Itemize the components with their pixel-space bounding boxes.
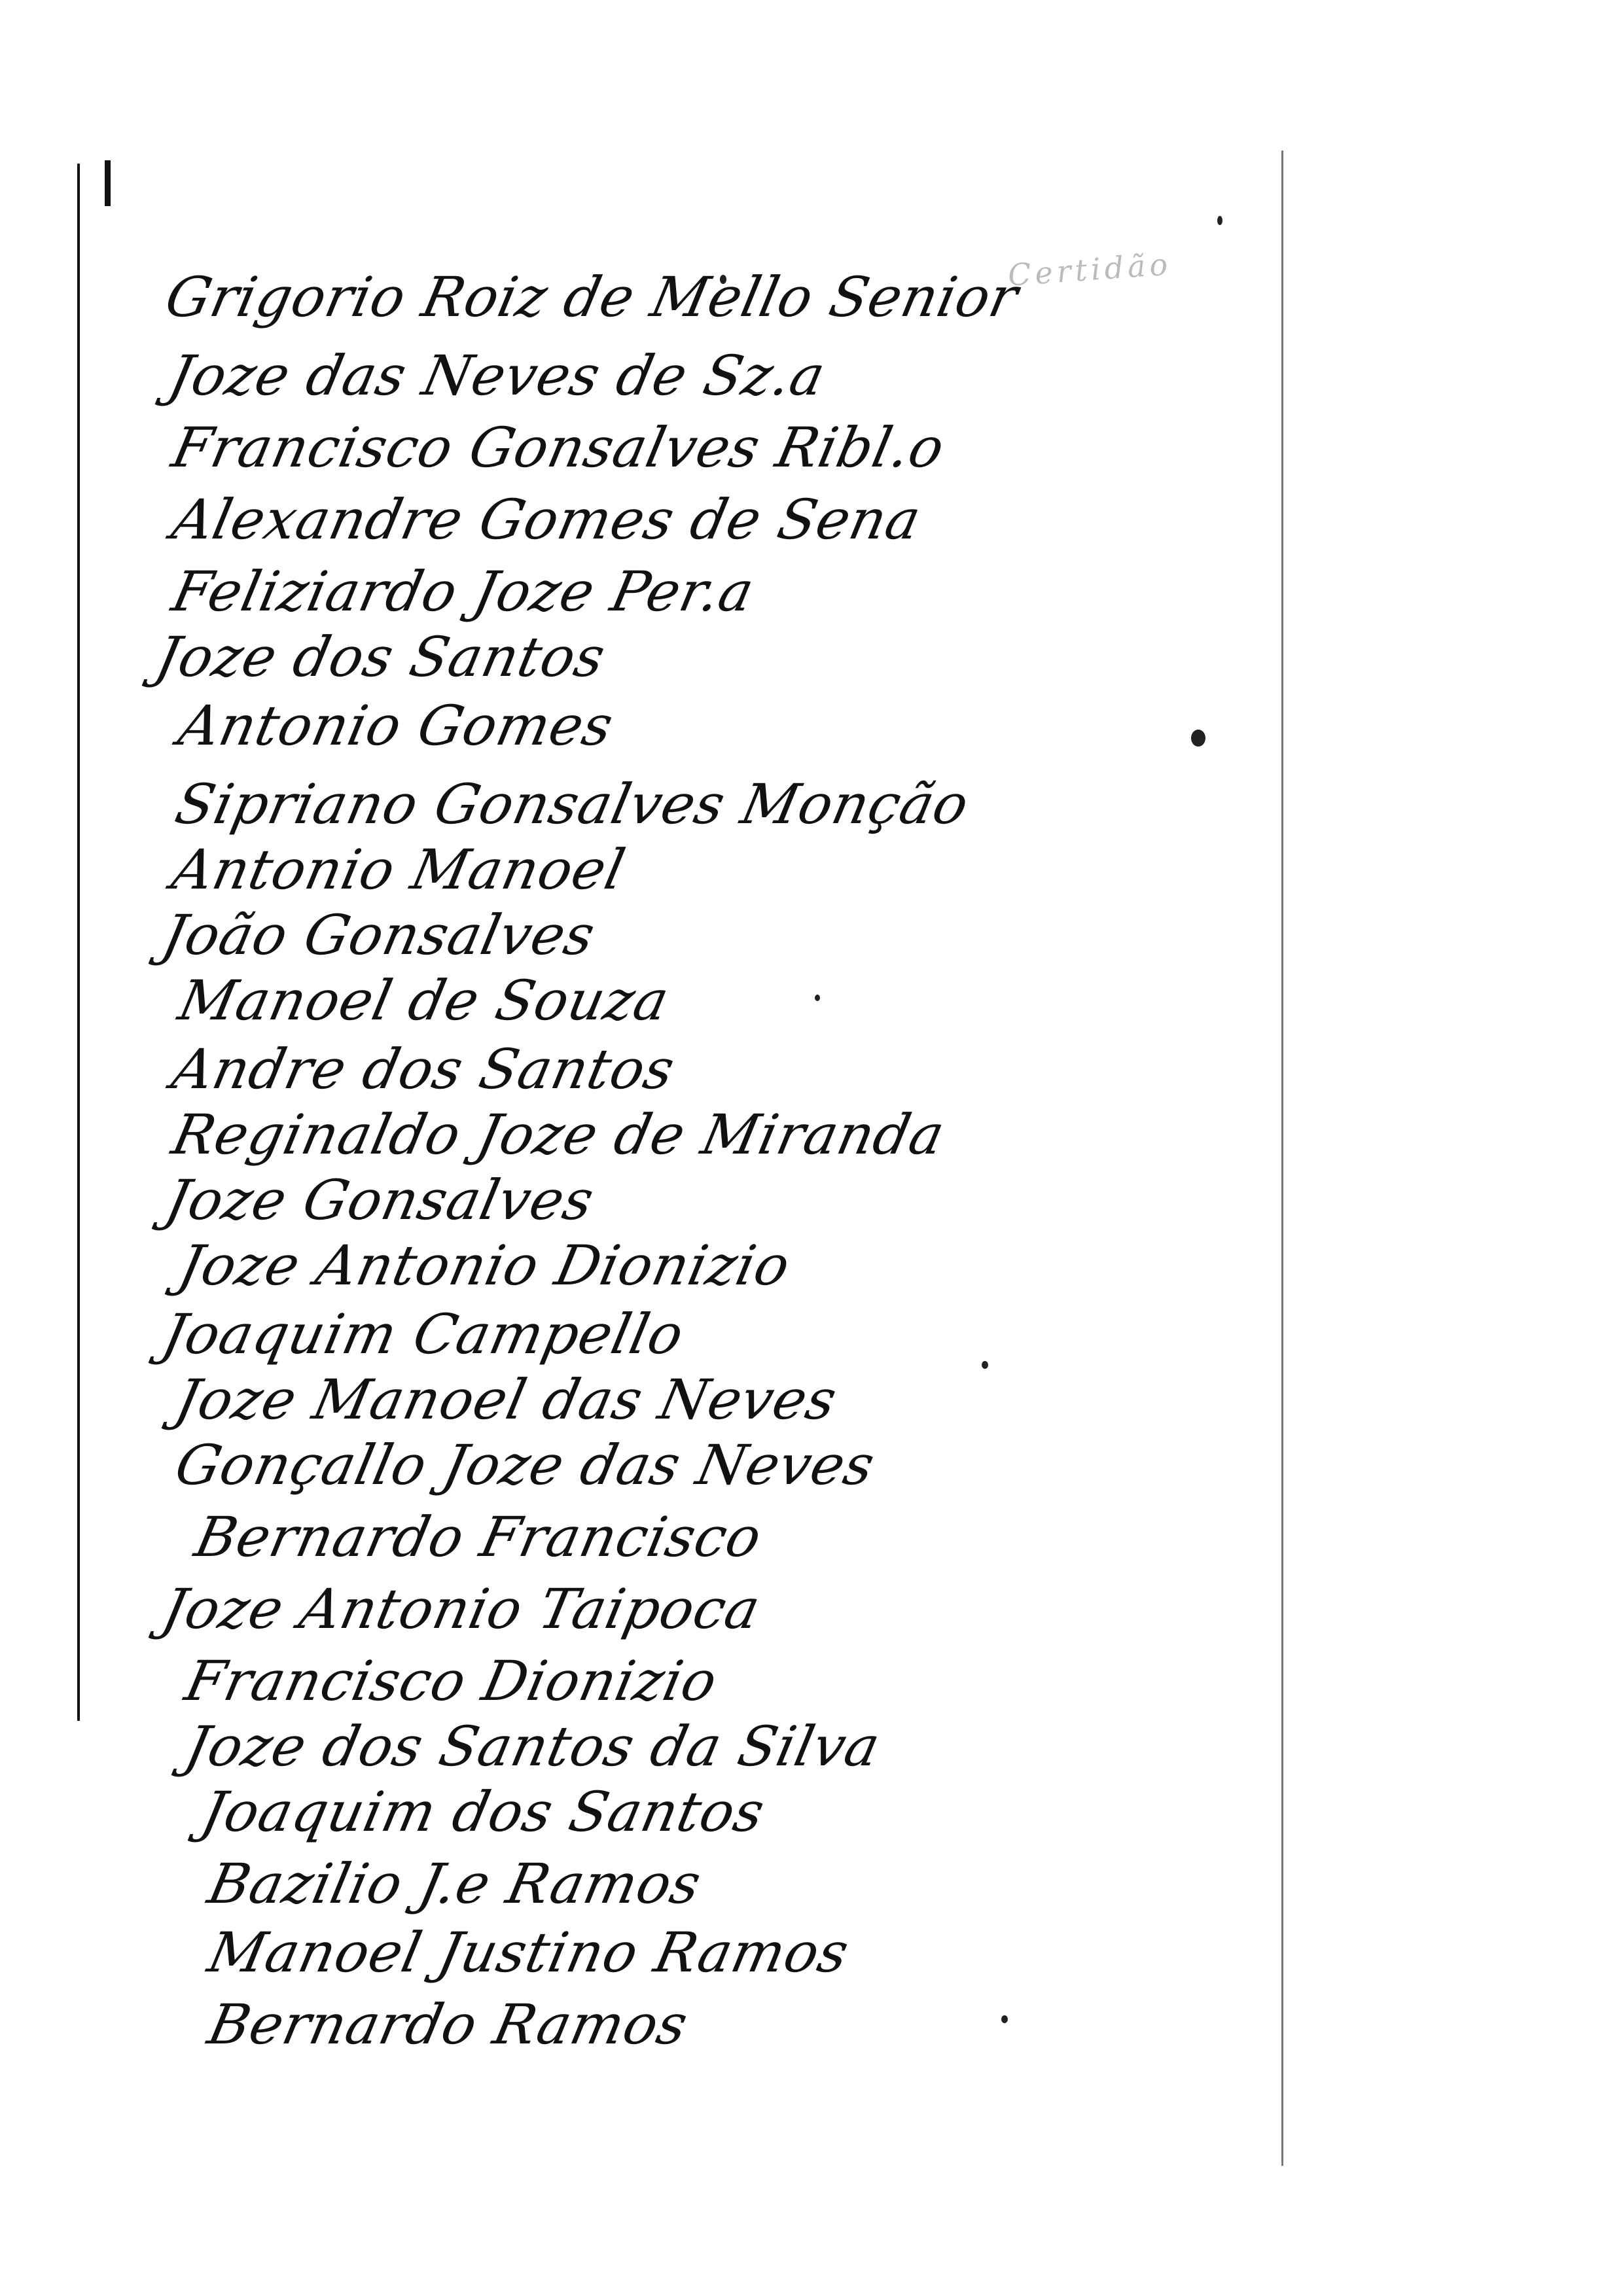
manuscript-page: Certidão Grigorio Roiz de Mello Senior J…: [0, 0, 1623, 2296]
list-item: Joze dos Santos: [151, 625, 611, 689]
list-item: Bernardo Ramos: [203, 1992, 694, 2057]
ink-spot: [815, 995, 820, 1001]
list-item: Joze Manoel das Neves: [170, 1368, 843, 1432]
list-item: Feliziardo Joze Per.a: [167, 559, 760, 624]
list-item: Gonçallo Joze das Neves: [170, 1433, 881, 1497]
ink-spot: [1191, 730, 1205, 747]
list-item: Andre dos Santos: [167, 1037, 681, 1101]
list-item: Joze dos Santos da Silva: [180, 1714, 886, 1778]
list-item: Manoel Justino Ramos: [203, 1920, 855, 1985]
list-item: Manoel de Souza: [173, 968, 675, 1033]
list-item: Joze Antonio Dionizio: [173, 1233, 796, 1298]
list-item: Joaquim Campello: [157, 1302, 690, 1366]
list-item: João Gonsalves: [157, 903, 601, 967]
list-item: Antonio Manoel: [167, 838, 632, 902]
list-item: Sipriano Gonsalves Monção: [170, 772, 975, 836]
left-margin-line: [77, 164, 80, 1721]
list-item: Joze das Neves de Sz.a: [164, 344, 831, 408]
list-item: Alexandre Gomes de Sena: [167, 487, 927, 552]
ink-spot: [982, 1361, 988, 1369]
list-item: Joze Antonio Taipoca: [157, 1577, 766, 1641]
top-left-ink-mark: [105, 160, 111, 206]
bleed-through-text: Certidão: [1007, 246, 1172, 292]
list-item: Grigorio Roiz de Mello Senior: [160, 265, 1024, 329]
list-item: Bernardo Francisco: [190, 1505, 768, 1569]
list-item: Francisco Gonsalves Ribl.o: [167, 415, 951, 480]
list-item: Bazilio J.e Ramos: [203, 1852, 707, 1916]
list-item: Joze Gonsalves: [160, 1168, 600, 1232]
list-item: Antonio Gomes: [173, 694, 619, 758]
ink-spot: [1001, 2015, 1008, 2023]
list-item: Francisco Dionizio: [180, 1649, 723, 1713]
list-item: Reginaldo Joze de Miranda: [167, 1103, 951, 1167]
list-item: Joaquim dos Santos: [196, 1780, 771, 1844]
ink-spot: [1217, 216, 1222, 225]
right-page-edge: [1281, 150, 1283, 2166]
